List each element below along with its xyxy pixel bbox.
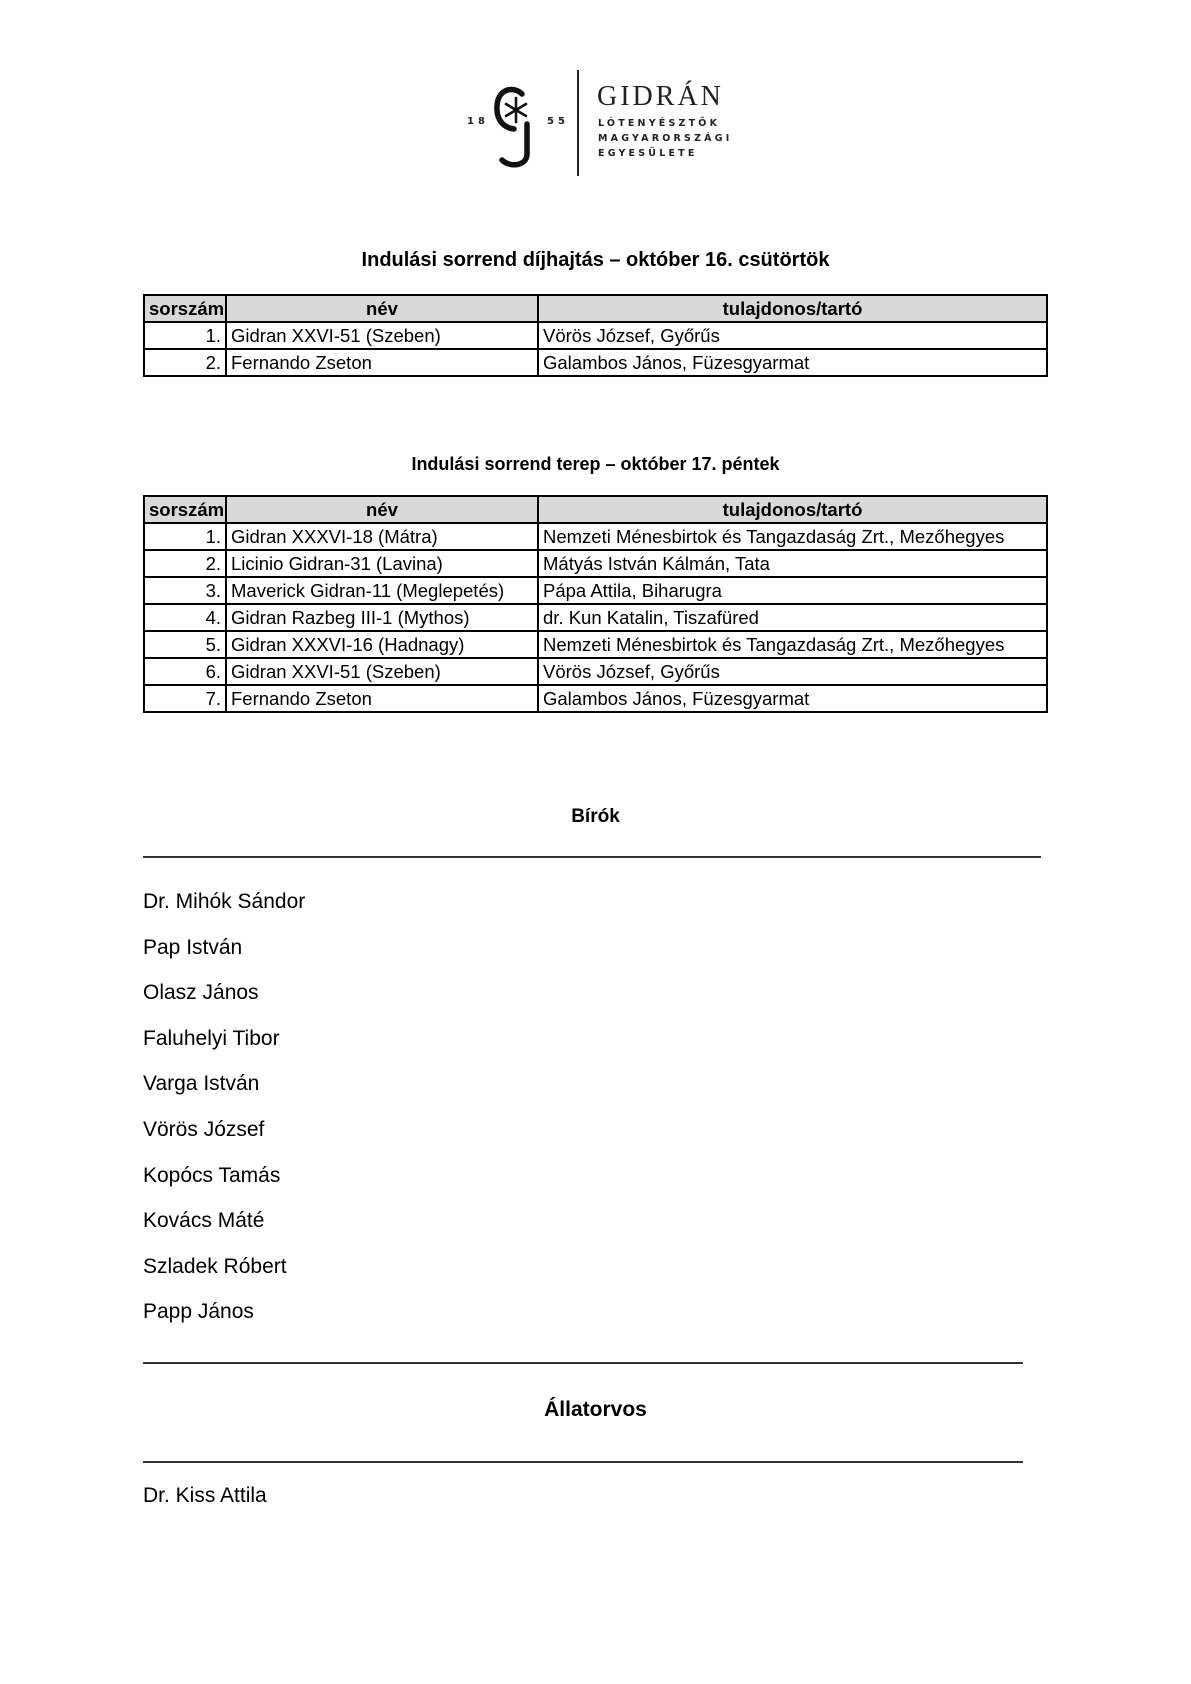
- judge-name: Faluhelyi Tibor: [143, 1026, 305, 1072]
- table-row: 3.Maverick Gidran-11 (Meglepetés)Pápa At…: [144, 577, 1047, 604]
- judge-name: Varga István: [143, 1071, 305, 1117]
- column-header-number: sorszám: [144, 295, 226, 322]
- table-row: 2.Fernando ZsetonGalambos János, Füzesgy…: [144, 349, 1047, 376]
- logo-subtitle-line: EGYESÜLETE: [598, 148, 698, 160]
- row-number: 6.: [144, 658, 226, 685]
- column-header-name: név: [226, 295, 538, 322]
- judge-name: Szladek Róbert: [143, 1254, 305, 1300]
- owner-name: Pápa Attila, Biharugra: [538, 577, 1047, 604]
- column-header-owner: tulajdonos/tartó: [538, 496, 1047, 523]
- horse-name: Gidran XXVI-51 (Szeben): [226, 322, 538, 349]
- row-number: 5.: [144, 631, 226, 658]
- logo: 18 55 GIDRÁN LÓTENYÉSZTŐK MAGYARORSZÁGI …: [0, 0, 1191, 190]
- vet-heading: Állatorvos: [0, 1398, 1191, 1422]
- start-order-table-dijhajtas: sorszám név tulajdonos/tartó 1.Gidran XX…: [143, 294, 1048, 377]
- owner-name: Vörös József, Győrűs: [538, 658, 1047, 685]
- row-number: 4.: [144, 604, 226, 631]
- horse-name: Maverick Gidran-11 (Meglepetés): [226, 577, 538, 604]
- logo-subtitle-line: MAGYARORSZÁGI: [598, 133, 732, 145]
- table-row: 1.Gidran XXXVI-18 (Mátra)Nemzeti Ménesbi…: [144, 523, 1047, 550]
- table-row: 4.Gidran Razbeg III-1 (Mythos)dr. Kun Ka…: [144, 604, 1047, 631]
- owner-name: Vörös József, Győrűs: [538, 322, 1047, 349]
- row-number: 1.: [144, 322, 226, 349]
- horse-name: Gidran XXXVI-16 (Hadnagy): [226, 631, 538, 658]
- row-number: 2.: [144, 550, 226, 577]
- table-row: 6.Gidran XXVI-51 (Szeben)Vörös József, G…: [144, 658, 1047, 685]
- table-row: 2.Licinio Gidran-31 (Lavina)Mátyás Istvá…: [144, 550, 1047, 577]
- judge-name: Dr. Mihók Sándor: [143, 889, 305, 935]
- logo-year-left: 18: [467, 116, 489, 127]
- horse-name: Fernando Zseton: [226, 349, 538, 376]
- judge-name: Kovács Máté: [143, 1208, 305, 1254]
- owner-name: Galambos János, Füzesgyarmat: [538, 349, 1047, 376]
- horse-name: Gidran Razbeg III-1 (Mythos): [226, 604, 538, 631]
- gidran-emblem-icon: [492, 84, 536, 168]
- divider-line: [143, 856, 1041, 858]
- table-row: 5.Gidran XXXVI-16 (Hadnagy)Nemzeti Ménes…: [144, 631, 1047, 658]
- horse-name: Licinio Gidran-31 (Lavina): [226, 550, 538, 577]
- judge-name: Olasz János: [143, 980, 305, 1026]
- table-row: 7.Fernando ZsetonGalambos János, Füzesgy…: [144, 685, 1047, 712]
- owner-name: Nemzeti Ménesbirtok és Tangazdaság Zrt.,…: [538, 631, 1047, 658]
- horse-name: Fernando Zseton: [226, 685, 538, 712]
- judge-name: Pap István: [143, 935, 305, 981]
- divider-line: [143, 1362, 1023, 1364]
- owner-name: dr. Kun Katalin, Tiszafüred: [538, 604, 1047, 631]
- section-title-dijhajtas: Indulási sorrend díjhajtás – október 16.…: [0, 249, 1191, 272]
- start-order-table-terep: sorszám név tulajdonos/tartó 1.Gidran XX…: [143, 495, 1048, 713]
- judge-name: Vörös József: [143, 1117, 305, 1163]
- row-number: 7.: [144, 685, 226, 712]
- judges-list: Dr. Mihók SándorPap IstvánOlasz JánosFal…: [143, 889, 305, 1345]
- column-header-name: név: [226, 496, 538, 523]
- logo-name: GIDRÁN: [597, 82, 724, 112]
- horse-name: Gidran XXXVI-18 (Mátra): [226, 523, 538, 550]
- owner-name: Nemzeti Ménesbirtok és Tangazdaság Zrt.,…: [538, 523, 1047, 550]
- table-header-row: sorszám név tulajdonos/tartó: [144, 496, 1047, 523]
- table-row: 1.Gidran XXVI-51 (Szeben)Vörös József, G…: [144, 322, 1047, 349]
- horse-name: Gidran XXVI-51 (Szeben): [226, 658, 538, 685]
- judge-name: Papp János: [143, 1299, 305, 1345]
- table-header-row: sorszám név tulajdonos/tartó: [144, 295, 1047, 322]
- logo-subtitle-line: LÓTENYÉSZTŐK: [598, 118, 720, 130]
- judges-heading: Bírók: [0, 806, 1191, 828]
- owner-name: Galambos János, Füzesgyarmat: [538, 685, 1047, 712]
- logo-year-right: 55: [547, 116, 569, 127]
- row-number: 1.: [144, 523, 226, 550]
- column-header-number: sorszám: [144, 496, 226, 523]
- judge-name: Kopócs Tamás: [143, 1163, 305, 1209]
- row-number: 3.: [144, 577, 226, 604]
- divider-line: [143, 1461, 1023, 1463]
- vet-name: Dr. Kiss Attila: [143, 1484, 267, 1508]
- section-title-terep: Indulási sorrend terep – október 17. pén…: [0, 454, 1191, 475]
- logo-divider: [577, 70, 579, 176]
- column-header-owner: tulajdonos/tartó: [538, 295, 1047, 322]
- owner-name: Mátyás István Kálmán, Tata: [538, 550, 1047, 577]
- row-number: 2.: [144, 349, 226, 376]
